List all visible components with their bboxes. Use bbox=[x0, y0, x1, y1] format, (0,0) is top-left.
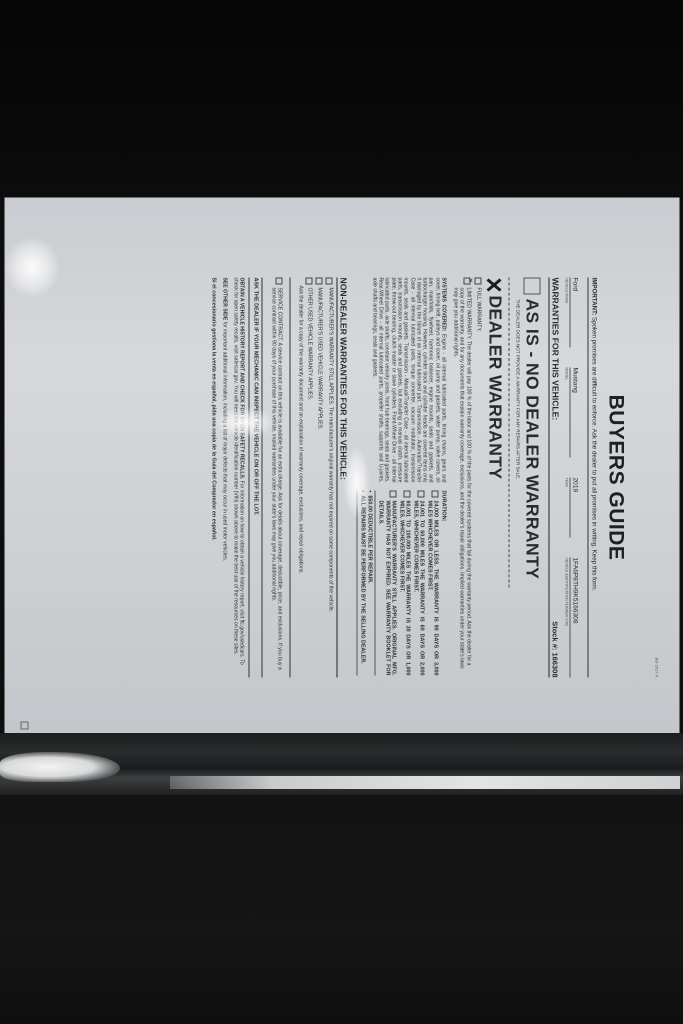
spanish-notice: Si el concesionario gestiona la venta en… bbox=[210, 277, 216, 677]
duration-text: 60,001 TO 100,000 MILES THE WARRANTY IS … bbox=[398, 500, 411, 675]
warranties-header-row: WARRANTIES FOR THIS VEHICLE: Stock #: 16… bbox=[549, 277, 561, 677]
document-title: BUYERS GUIDE bbox=[604, 277, 628, 677]
service-contract-label: SERVICE CONTRACT. bbox=[277, 287, 283, 341]
non-dealer-ask-text: Ask the dealer for a copy of the warrant… bbox=[297, 285, 303, 677]
see-other-side-label: SEE OTHER SIDE bbox=[222, 277, 228, 320]
as-is-checkbox bbox=[524, 277, 541, 294]
vehicle-make: Ford bbox=[572, 277, 579, 347]
vehicle-make-label: Vehicle Make bbox=[565, 277, 571, 347]
non-dealer-option: MANUFACTURER'S USED VEHICLE WARRANTY APP… bbox=[316, 277, 323, 677]
as-is-title: AS IS - NO DEALER WARRANTY bbox=[522, 298, 543, 579]
non-dealer-text: OTHER USED VEHICLE WARRANTY APPLIES. bbox=[305, 287, 312, 400]
sleeve-glare-streak bbox=[170, 776, 680, 789]
non-dealer-checkbox bbox=[316, 277, 323, 284]
vehicle-model: Mustang bbox=[572, 367, 579, 457]
sleeve-glare-left bbox=[0, 752, 120, 782]
duration-option: MANUFACTURER'S WARRANTY STILL APPLIES. O… bbox=[377, 490, 397, 675]
full-warranty-checkbox bbox=[474, 277, 481, 284]
dark-background-bottom bbox=[0, 795, 683, 1024]
service-contract-checkbox bbox=[276, 277, 283, 284]
vehicle-vin-label: Vehicle Identification Number (VIN) bbox=[565, 557, 571, 677]
dealer-warranty-title: DEALER WARRANTY bbox=[485, 295, 506, 479]
vehicle-make-field: Ford Vehicle Make bbox=[565, 277, 579, 347]
duration-text: MANUFACTURER'S WARRANTY STILL APPLIES. O… bbox=[377, 500, 397, 675]
warranties-title: WARRANTIES FOR THIS VEHICLE: bbox=[551, 277, 561, 420]
full-warranty-label: FULL WARRANTY. bbox=[475, 287, 481, 331]
dashed-divider bbox=[509, 277, 510, 587]
as-is-option: AS IS - NO DEALER WARRANTY bbox=[522, 277, 543, 677]
limited-warranty-option: LIMITED WARRANTY. The dealer will pay 10… bbox=[453, 277, 472, 677]
service-contract-block: SERVICE CONTRACT. A service contract on … bbox=[270, 277, 291, 677]
service-contract-text: A service contract on this vehicle is av… bbox=[271, 287, 283, 669]
non-dealer-text: MANUFACTURER'S WARRANTY STILL APPLIES. T… bbox=[326, 287, 333, 612]
duration-option: 60,001 TO 100,000 MILES THE WARRANTY IS … bbox=[398, 490, 411, 675]
non-dealer-checkbox bbox=[305, 277, 312, 284]
non-dealer-option: OTHER USED VEHICLE WARRANTY APPLIES. bbox=[305, 277, 312, 677]
systems-covered: SYSTEMS COVERED: Engine - all internal l… bbox=[356, 277, 447, 482]
see-other-side-text: for important additional information, in… bbox=[222, 321, 228, 560]
coverage-columns: SYSTEMS COVERED: Engine - all internal l… bbox=[356, 277, 447, 677]
stock-number: Stock #: 166308 bbox=[551, 621, 560, 677]
deductible-term: $50.00 DEDUCTIBLE PER REPAIR. bbox=[366, 490, 373, 675]
full-warranty-option: FULL WARRANTY. bbox=[474, 277, 481, 677]
vehicle-year-field: 2019 Year bbox=[565, 477, 579, 537]
duration-option: 24,000 MILES OR LESS. THE WARRANTY IS 90… bbox=[426, 490, 439, 675]
duration-text: 24,001 TO 60,000 MILES THE WARRANTY IS 6… bbox=[412, 500, 425, 675]
duration-option: 24,001 TO 60,000 MILES THE WARRANTY IS 6… bbox=[412, 490, 425, 675]
history-report-label: OBTAIN A VEHICLE HISTORY REPORT AND CHEC… bbox=[238, 277, 244, 479]
vehicle-vin-field: 1FA6P8TH9K5166308 Vehicle Identification… bbox=[565, 557, 579, 677]
vehicle-info-row: Ford Vehicle Make Mustang Model 2019 Yea… bbox=[565, 277, 579, 677]
vehicle-model-label: Model bbox=[565, 367, 571, 457]
non-dealer-warranties-title: NON-DEALER WARRANTIES FOR THIS VEHICLE: bbox=[336, 277, 348, 677]
service-contract-option: SERVICE CONTRACT. A service contract on … bbox=[270, 277, 283, 677]
duration-checkbox bbox=[403, 490, 410, 497]
vehicle-year: 2019 bbox=[572, 477, 579, 537]
duration-checkbox bbox=[389, 490, 396, 497]
see-other-side-paragraph: SEE OTHER SIDE for important additional … bbox=[221, 277, 227, 677]
systems-covered-text: Engine - all internal lubricated parts, … bbox=[371, 277, 446, 482]
as-is-subtitle: THE DEALER DOES NOT PROVIDE A WARRANTY F… bbox=[516, 299, 521, 677]
dark-background-top bbox=[0, 0, 683, 200]
duration-label: DURATION: bbox=[441, 490, 447, 675]
history-report-paragraph: OBTAIN A VEHICLE HISTORY REPORT AND CHEC… bbox=[232, 277, 245, 677]
corner-checkbox bbox=[21, 721, 29, 729]
dealer-warranty-checkbox-checked bbox=[488, 277, 502, 291]
duration-text: 24,000 MILES OR LESS. THE WARRANTY IS 90… bbox=[426, 500, 439, 675]
buyers-guide-sheet: BG-2017-X BUYERS GUIDE IMPORTANT: Spoken… bbox=[5, 197, 680, 735]
form-code: BG-2017-X bbox=[655, 657, 660, 677]
dealer-warranty-option: DEALER WARRANTY bbox=[485, 277, 506, 677]
non-dealer-checkbox bbox=[326, 277, 333, 284]
vehicle-year-label: Year bbox=[565, 477, 571, 537]
repairs-term: ALL REPAIRS MUST BE PERFORMED BY THE SEL… bbox=[359, 490, 366, 675]
non-dealer-text: MANUFACTURER'S USED VEHICLE WARRANTY APP… bbox=[316, 287, 323, 429]
limited-warranty-checkbox-checked bbox=[464, 277, 471, 284]
vehicle-model-field: Mustang Model bbox=[565, 367, 579, 457]
buyers-guide-document: BG-2017-X BUYERS GUIDE IMPORTANT: Spoken… bbox=[210, 277, 631, 677]
important-text: Spoken promises are difficult to enforce… bbox=[591, 316, 598, 590]
duration-column: DURATION: 24,000 MILES OR LESS. THE WARR… bbox=[356, 490, 447, 675]
limited-warranty-text: LIMITED WARRANTY. The dealer will pay 10… bbox=[453, 287, 472, 677]
warranty-terms: $50.00 DEDUCTIBLE PER REPAIR. ALL REPAIR… bbox=[359, 490, 375, 675]
systems-covered-label: SYSTEMS COVERED: bbox=[441, 277, 447, 331]
terms-divider bbox=[356, 490, 357, 675]
duration-checkbox bbox=[431, 490, 438, 497]
important-notice: IMPORTANT: Spoken promises are difficult… bbox=[588, 277, 598, 677]
important-label: IMPORTANT: bbox=[591, 277, 598, 315]
vehicle-vin: 1FA6P8TH9K5166308 bbox=[572, 557, 579, 677]
plastic-glare bbox=[5, 237, 60, 297]
duration-checkbox bbox=[417, 490, 424, 497]
ask-mechanic-notice: ASK THE DEALER IF YOUR MECHANIC CAN INSP… bbox=[248, 277, 262, 677]
non-dealer-option: MANUFACTURER'S WARRANTY STILL APPLIES. T… bbox=[326, 277, 333, 677]
